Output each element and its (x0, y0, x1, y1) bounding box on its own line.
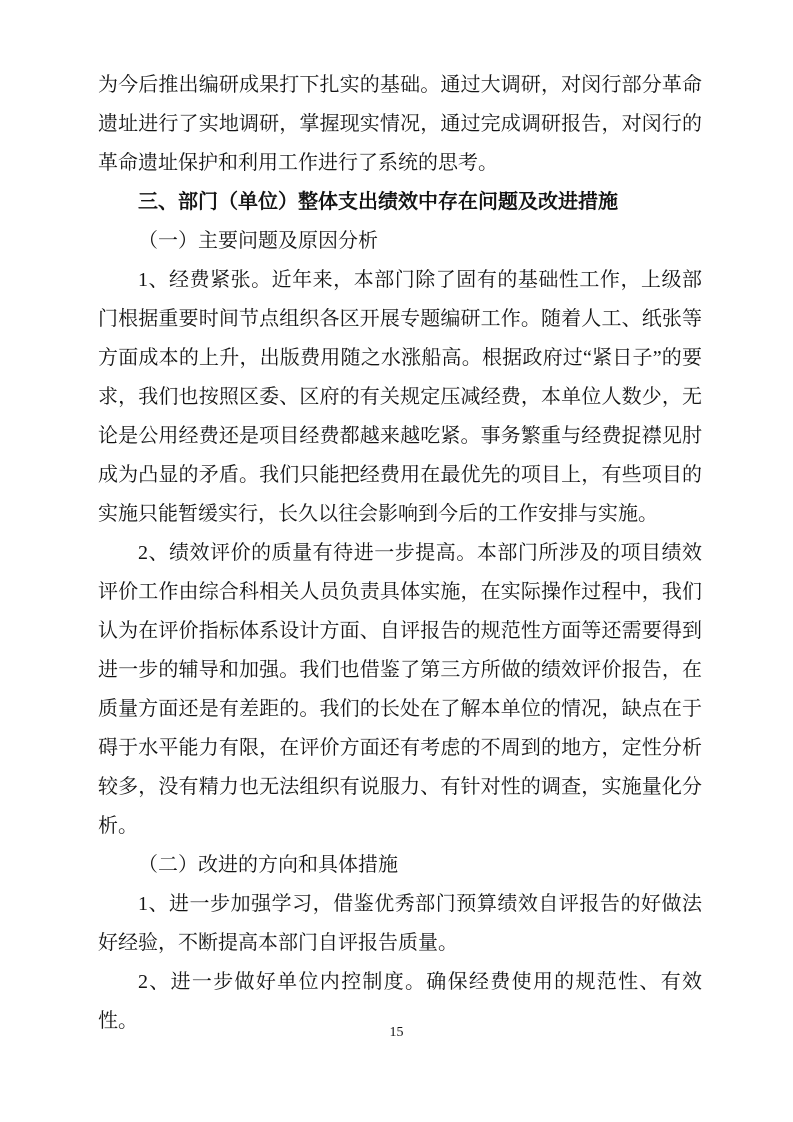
paragraph-funding-shortage: 1、经费紧张。近年来，本部门除了固有的基础性工作，上级部门根据重要时间节点组织各… (98, 261, 702, 534)
subsection-heading-main-problems: （一）主要问题及原因分析 (98, 222, 702, 261)
subsection-heading-improvement-measures: （二）改进的方向和具体措施 (98, 846, 702, 885)
paragraph-strengthen-learning: 1、进一步加强学习，借鉴优秀部门预算绩效自评报告的好做法好经验，不断提高本部门自… (98, 885, 702, 963)
page-number: 15 (0, 1024, 793, 1042)
document-page: 为今后推出编研成果打下扎实的基础。通过大调研，对闵行部分革命遗址进行了实地调研，… (0, 0, 793, 1122)
paragraph-evaluation-quality: 2、绩效评价的质量有待进一步提高。本部门所涉及的项目绩效评价工作由综合科相关人员… (98, 534, 702, 846)
document-body: 为今后推出编研成果打下扎实的基础。通过大调研，对闵行部分革命遗址进行了实地调研，… (98, 66, 702, 1041)
section-heading-problems-and-improvements: 三、部门（单位）整体支出绩效中存在问题及改进措施 (98, 183, 702, 222)
paragraph-research-foundation-continued: 为今后推出编研成果打下扎实的基础。通过大调研，对闵行部分革命遗址进行了实地调研，… (98, 66, 702, 183)
